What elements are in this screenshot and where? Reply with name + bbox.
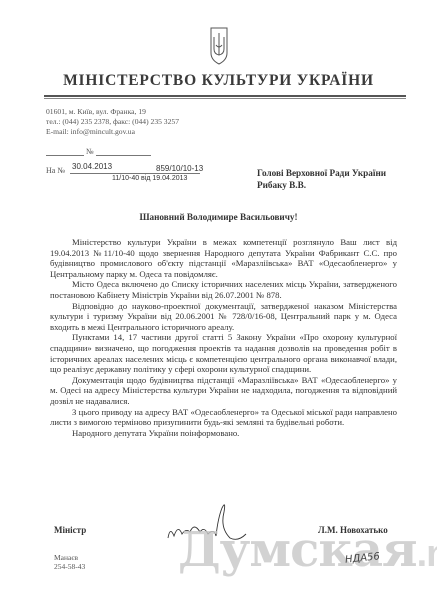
paragraph: Відповідно до науково-проектної документ… xyxy=(50,301,397,333)
reference-registration-number: 859/10/10-13 xyxy=(156,164,203,173)
paragraph: Пунктами 14, 17 частини другої статті 5 … xyxy=(50,332,397,374)
reference-incoming: 11/10-40 від 19.04.2013 xyxy=(112,175,187,182)
executor-name: Манаєв xyxy=(54,553,85,562)
paragraph: Документація щодо будівництва підстанції… xyxy=(50,375,397,407)
email-line: E-mail: info@mincult.gov.ua xyxy=(46,127,179,137)
header-divider xyxy=(44,95,406,97)
recipient-position: Голові Верховної Ради України xyxy=(257,167,386,179)
ministry-title: МІНІСТЕРСТВО КУЛЬТУРИ УКРАЇНИ xyxy=(0,72,437,90)
recipient-block: Голові Верховної Ради України Рибаку В.В… xyxy=(257,167,386,191)
address-line: 01601, м. Київ, вул. Франка, 19 xyxy=(46,107,179,117)
watermark-text: Думская xyxy=(178,522,417,578)
letter-body: Міністерство культури України в межах ко… xyxy=(50,237,397,438)
outgoing-date-blank xyxy=(46,155,84,156)
outgoing-number-field: № xyxy=(46,148,136,156)
executor-phone: 254-58-43 xyxy=(54,562,85,571)
trident-emblem-icon xyxy=(210,27,228,65)
paragraph: Місто Одеса включено до Списку історични… xyxy=(50,279,397,300)
paragraph: Народного депутата України поінформовано… xyxy=(50,428,397,439)
watermark: Думская.net xyxy=(178,522,437,578)
watermark-tld: .net xyxy=(417,533,437,575)
reference-underline xyxy=(70,173,200,174)
outgoing-number-blank xyxy=(96,155,151,156)
recipient-name: Рибаку В.В. xyxy=(257,179,386,191)
paragraph: Міністерство культури України в межах ко… xyxy=(50,237,397,279)
header-divider-thin xyxy=(44,98,406,99)
executor-info: Манаєв 254-58-43 xyxy=(54,553,85,571)
reference-label: На № xyxy=(46,166,65,175)
phone-line: тел.: (044) 235 2378, факс: (044) 235 32… xyxy=(46,117,179,127)
contact-info: 01601, м. Київ, вул. Франка, 19 тел.: (0… xyxy=(46,107,179,136)
paragraph: З цього приводу на адресу ВАТ «Одесаобле… xyxy=(50,407,397,428)
number-symbol: № xyxy=(86,147,94,156)
signatory-title: Міністр xyxy=(54,525,86,535)
salutation: Шановний Володимире Васильовичу! xyxy=(0,212,437,222)
reference-date: 30.04.2013 xyxy=(72,162,112,171)
